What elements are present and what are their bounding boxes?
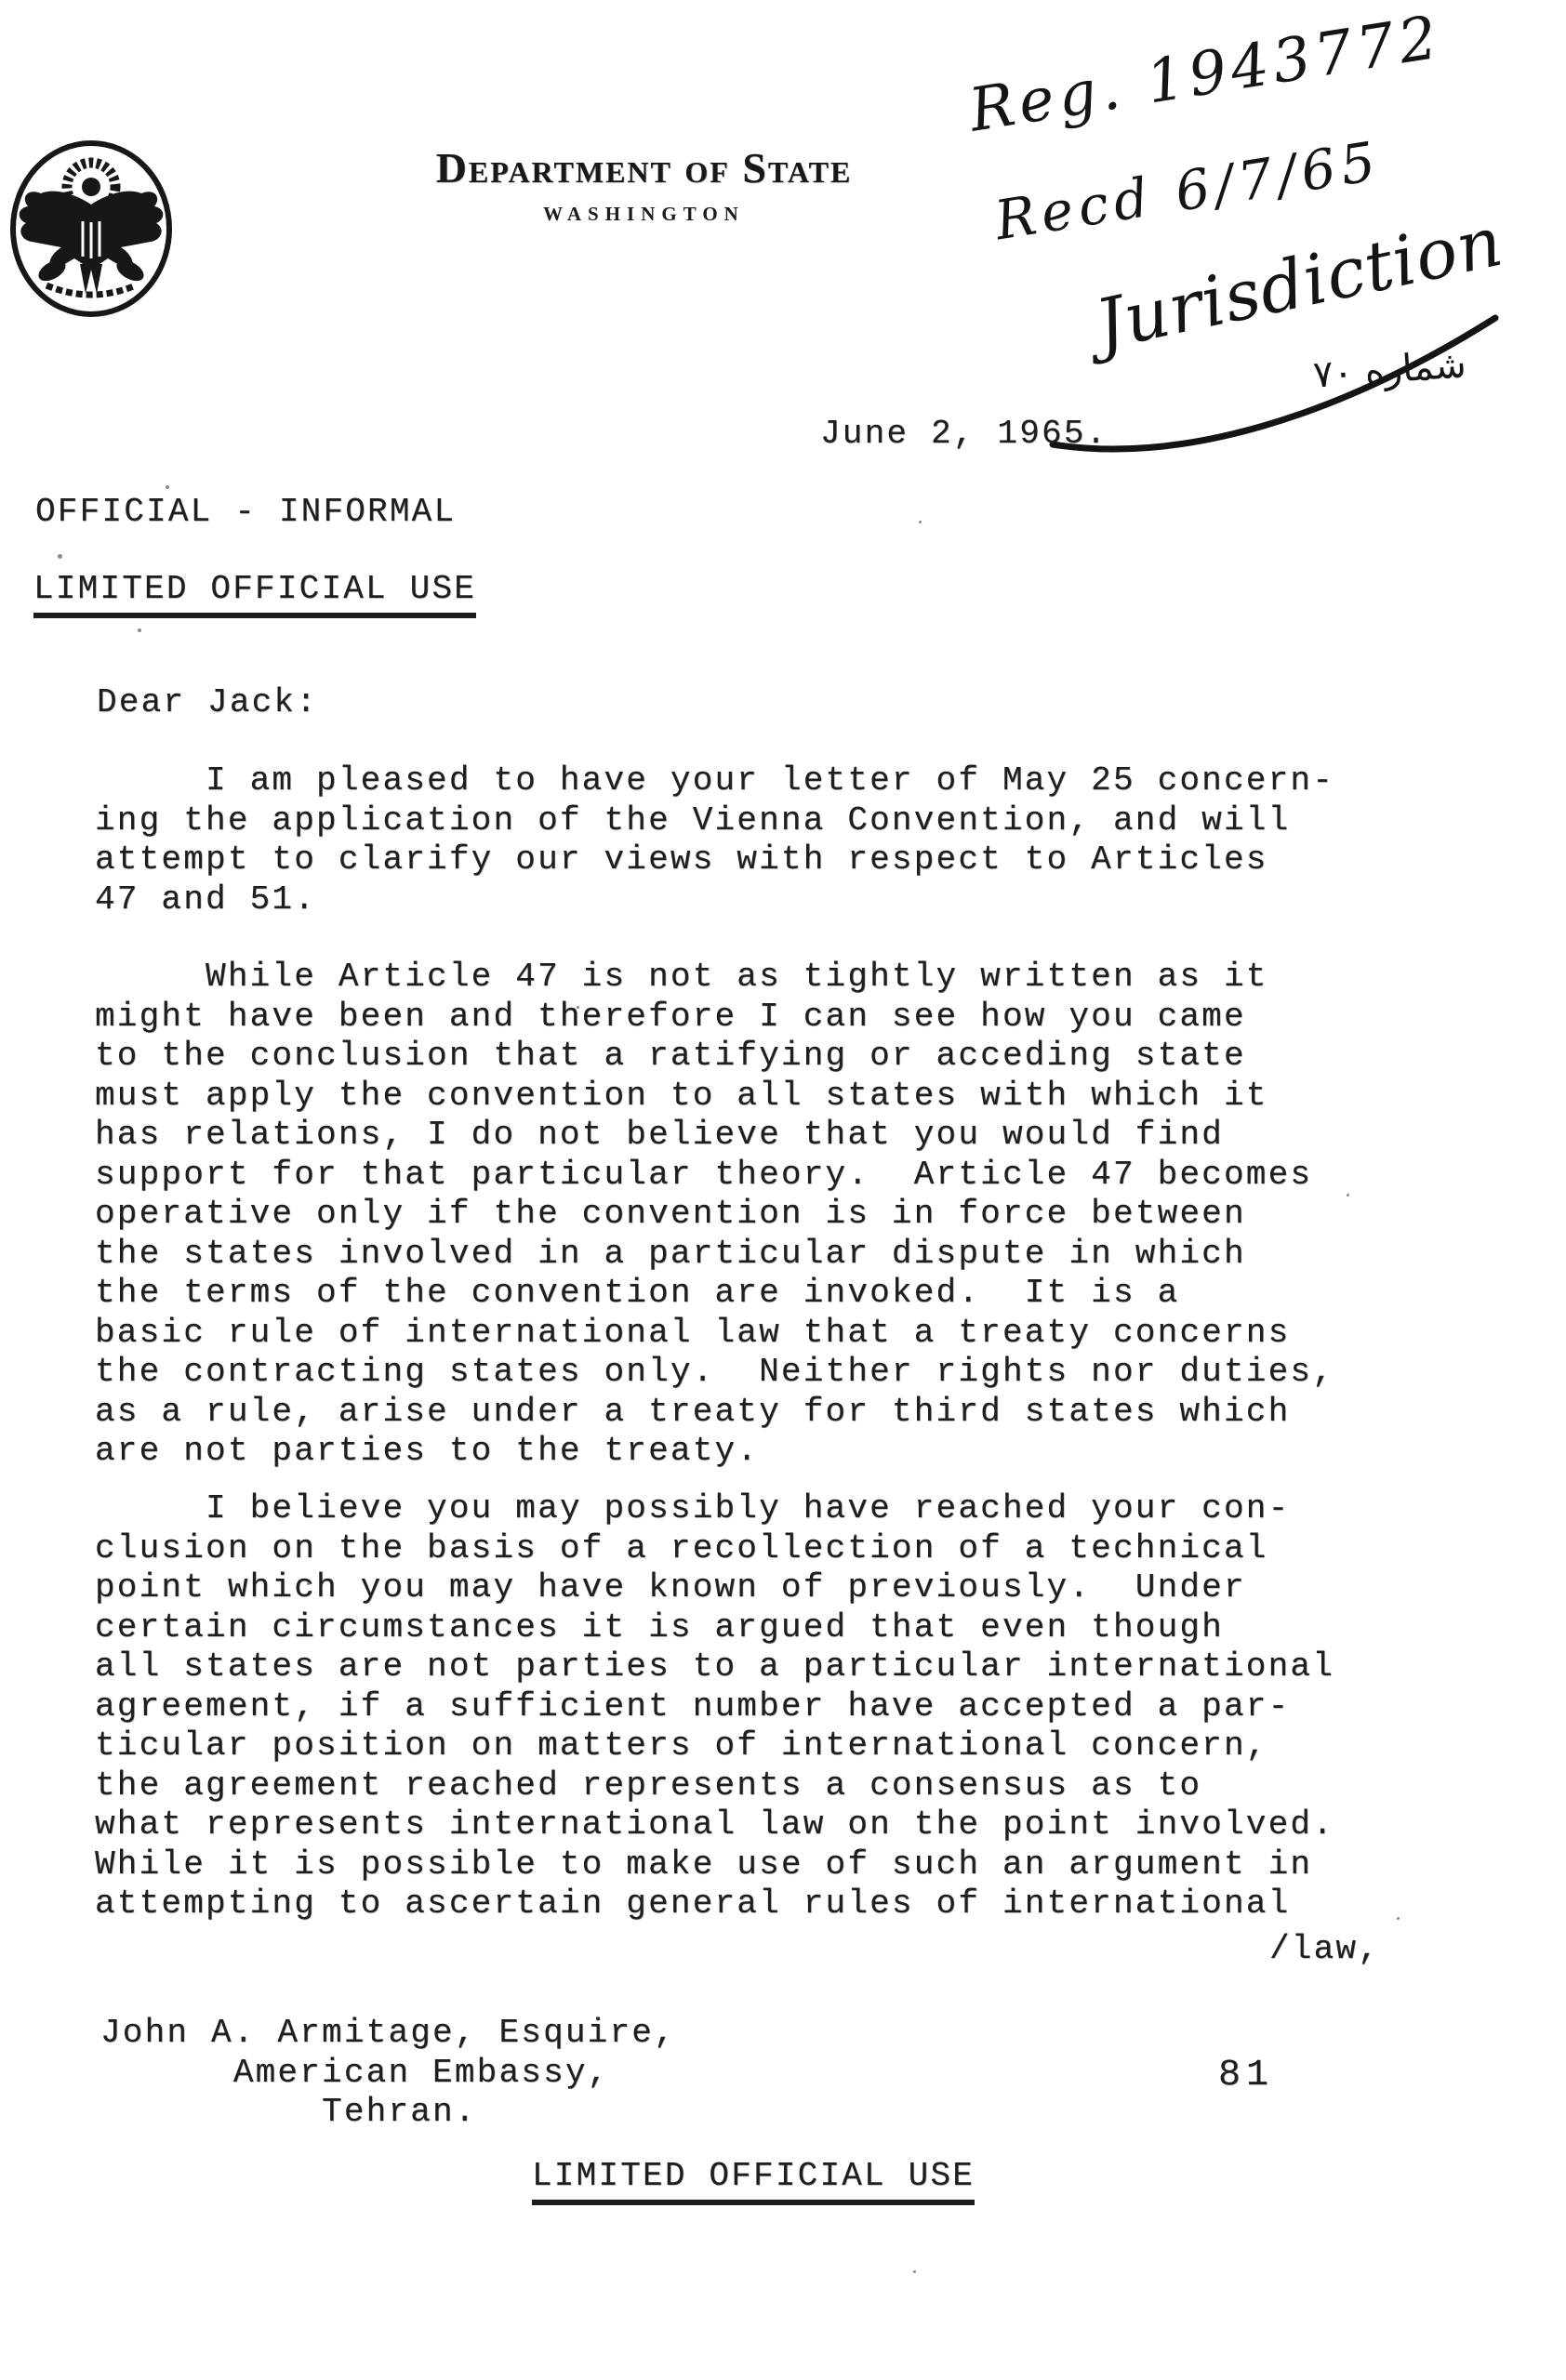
salutation: Dear Jack: bbox=[97, 683, 318, 723]
scan-speck bbox=[166, 485, 169, 489]
paragraph-3: I believe you may possibly have reached … bbox=[95, 1489, 1334, 1924]
classification-limited-official-use-text: LIMITED OFFICIAL USE bbox=[33, 570, 476, 618]
handwritten-persian-note: شماره ٧٠ bbox=[1312, 346, 1467, 393]
scan-speck bbox=[919, 521, 922, 523]
letterhead-city: WASHINGTON bbox=[391, 205, 897, 224]
scan-speck bbox=[577, 1006, 579, 1009]
scan-speck bbox=[307, 1582, 310, 1585]
scan-speck bbox=[58, 554, 62, 559]
continuation-marker: /law, bbox=[1269, 1930, 1380, 1970]
letterhead: Department of State WASHINGTON bbox=[391, 147, 897, 224]
handwritten-received-date: Recd 6/7/65 bbox=[991, 134, 1385, 248]
scan-speck bbox=[913, 2270, 916, 2273]
paragraph-1: I am pleased to have your letter of May … bbox=[95, 761, 1334, 919]
scan-speck bbox=[138, 628, 141, 632]
classification-limited-official-use: LIMITED OFFICIAL USE bbox=[33, 570, 476, 610]
scan-speck bbox=[1397, 1917, 1400, 1920]
us-state-department-seal-icon bbox=[9, 139, 173, 318]
document-page: Department of State WASHINGTON Reg. 1943… bbox=[0, 0, 1566, 2380]
address-block: John A. Armitage, Esquire, American Emba… bbox=[100, 2014, 676, 2133]
page-number: 81 bbox=[1218, 2056, 1274, 2096]
date-line: June 2, 1965. bbox=[820, 415, 1108, 455]
paragraph-2: While Article 47 is not as tightly writt… bbox=[95, 958, 1334, 1472]
letterhead-agency: Department of State bbox=[391, 147, 897, 190]
handwritten-registry-number: Reg. 1943772 bbox=[965, 7, 1445, 140]
scan-speck bbox=[1347, 1194, 1349, 1197]
footer-classification-text: LIMITED OFFICIAL USE bbox=[532, 2157, 975, 2205]
classification-official-informal: OFFICIAL - INFORMAL bbox=[35, 493, 456, 533]
footer-classification: LIMITED OFFICIAL USE bbox=[532, 2157, 975, 2197]
